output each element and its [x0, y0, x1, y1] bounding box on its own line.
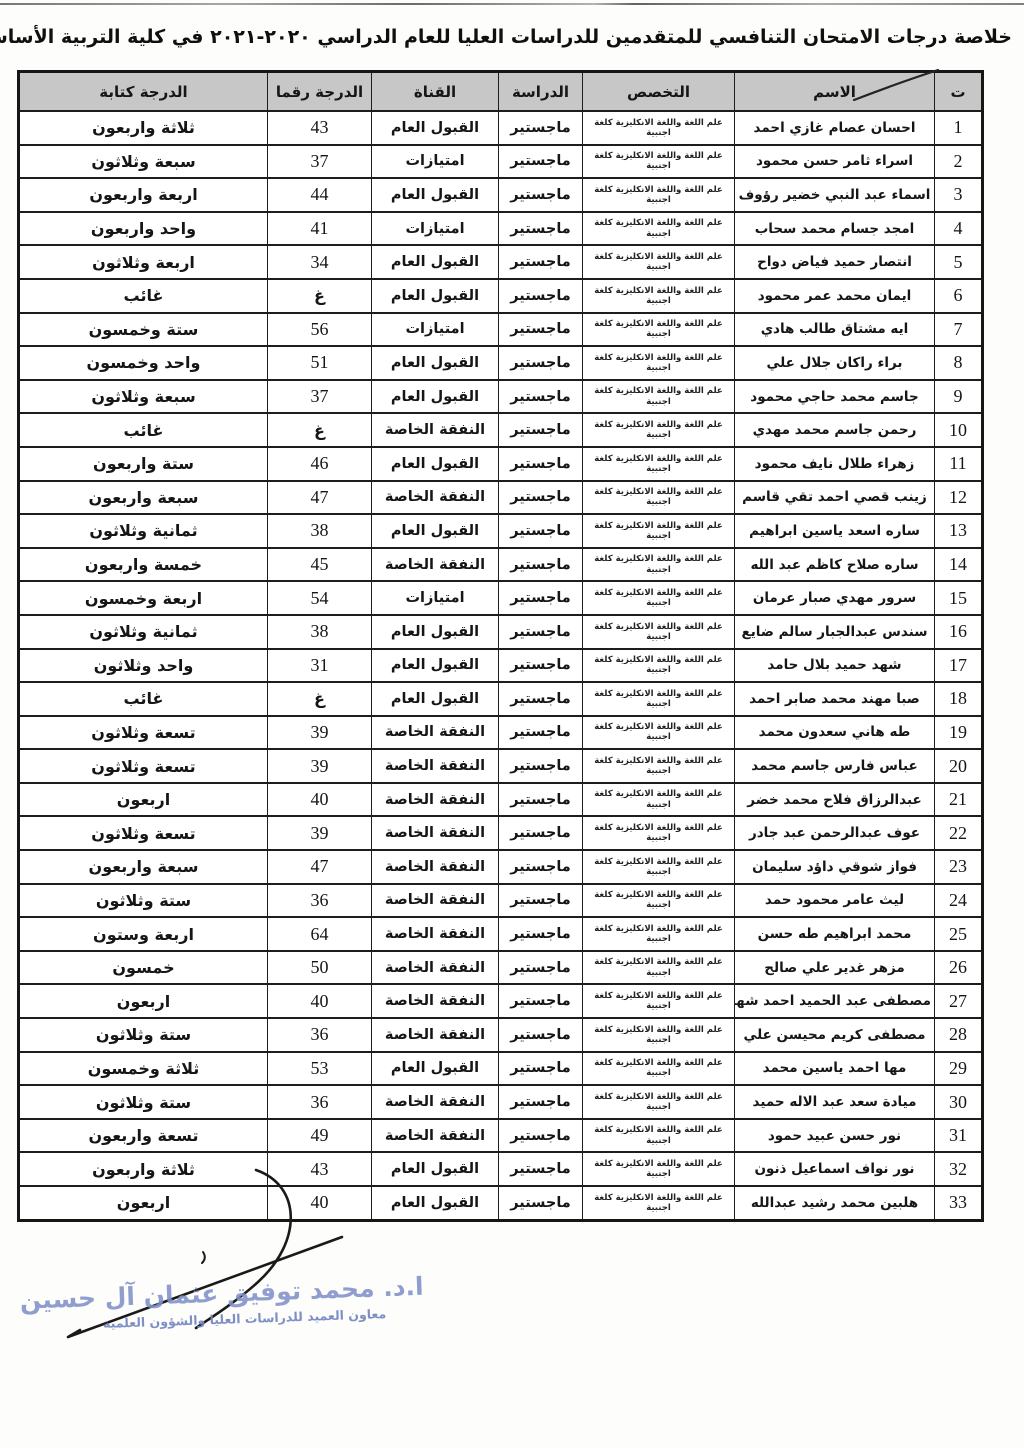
table-row: 2اسراء ثامر حسن محمودعلم اللغة واللغة ال…	[19, 145, 983, 179]
stamp-signatory-title: معاون العميد للدراسات العليا والشؤون الع…	[64, 1305, 424, 1333]
cell-study: ماجستير	[499, 413, 583, 447]
cell-channel: النفقة الخاصة	[372, 917, 499, 951]
table-row: 24ليث عامر محمود حمدعلم اللغة واللغة الا…	[19, 884, 983, 918]
cell-score_num: 64	[268, 917, 372, 951]
cell-spec: علم اللغة واللغة الانكليزية كلغة اجنبية	[583, 178, 735, 212]
cell-score_num: 36	[268, 1085, 372, 1119]
cell-study: ماجستير	[499, 581, 583, 615]
cell-spec: علم اللغة واللغة الانكليزية كلغة اجنبية	[583, 111, 735, 145]
cell-score_num: 36	[268, 884, 372, 918]
cell-name: عباس فارس جاسم محمد	[735, 749, 935, 783]
cell-index: 31	[935, 1119, 983, 1153]
cell-index: 15	[935, 581, 983, 615]
cell-spec: علم اللغة واللغة الانكليزية كلغة اجنبية	[583, 1119, 735, 1153]
cell-study: ماجستير	[499, 615, 583, 649]
cell-study: ماجستير	[499, 1152, 583, 1186]
cell-spec: علم اللغة واللغة الانكليزية كلغة اجنبية	[583, 548, 735, 582]
column-header-name: الاسم	[735, 72, 935, 112]
cell-spec: علم اللغة واللغة الانكليزية كلغة اجنبية	[583, 749, 735, 783]
column-header-spec: التخصص	[583, 72, 735, 112]
table-body: 1احسان عصام غازي احمدعلم اللغة واللغة ال…	[19, 111, 983, 1220]
cell-score_num: 46	[268, 447, 372, 481]
cell-channel: القبول العام	[372, 615, 499, 649]
cell-study: ماجستير	[499, 111, 583, 145]
cell-score_num: 39	[268, 749, 372, 783]
cell-index: 24	[935, 884, 983, 918]
cell-score_num: 31	[268, 649, 372, 683]
cell-channel: النفقة الخاصة	[372, 884, 499, 918]
cell-score_written: اربعة وثلاثون	[19, 245, 268, 279]
cell-spec: علم اللغة واللغة الانكليزية كلغة اجنبية	[583, 1186, 735, 1220]
cell-channel: القبول العام	[372, 682, 499, 716]
cell-channel: النفقة الخاصة	[372, 1119, 499, 1153]
cell-score_num: 38	[268, 514, 372, 548]
cell-name: جاسم محمد حاجي محمود	[735, 380, 935, 414]
cell-channel: القبول العام	[372, 346, 499, 380]
table-row: 18صبا مهند محمد صابر احمدعلم اللغة واللغ…	[19, 682, 983, 716]
cell-study: ماجستير	[499, 178, 583, 212]
results-table: تالاسمالتخصصالدراسةالقناةالدرجة رقماالدر…	[17, 70, 984, 1222]
cell-spec: علم اللغة واللغة الانكليزية كلغة اجنبية	[583, 816, 735, 850]
cell-score_num: 39	[268, 716, 372, 750]
cell-study: ماجستير	[499, 682, 583, 716]
cell-spec: علم اللغة واللغة الانكليزية كلغة اجنبية	[583, 212, 735, 246]
table-row: 21عبدالرزاق فلاح محمد خضرعلم اللغة واللغ…	[19, 783, 983, 817]
table-row: 26مزهر غدير علي صالحعلم اللغة واللغة الا…	[19, 951, 983, 985]
table-row: 9جاسم محمد حاجي محمودعلم اللغة واللغة ال…	[19, 380, 983, 414]
cell-score_written: اربعون	[19, 783, 268, 817]
cell-score_written: ثلاثة وخمسون	[19, 1052, 268, 1086]
cell-channel: النفقة الخاصة	[372, 548, 499, 582]
cell-study: ماجستير	[499, 716, 583, 750]
cell-channel: القبول العام	[372, 178, 499, 212]
cell-name: امجد جسام محمد سحاب	[735, 212, 935, 246]
cell-name: شهد حميد بلال حامد	[735, 649, 935, 683]
cell-channel: امتيازات	[372, 212, 499, 246]
cell-score_written: ستة وخمسون	[19, 313, 268, 347]
cell-channel: النفقة الخاصة	[372, 749, 499, 783]
cell-channel: القبول العام	[372, 279, 499, 313]
table-row: 22عوف عبدالرحمن عبد جادرعلم اللغة واللغة…	[19, 816, 983, 850]
scan-edge-artifact	[0, 3, 1024, 5]
cell-study: ماجستير	[499, 279, 583, 313]
cell-index: 14	[935, 548, 983, 582]
cell-study: ماجستير	[499, 481, 583, 515]
cell-name: ليث عامر محمود حمد	[735, 884, 935, 918]
cell-channel: القبول العام	[372, 245, 499, 279]
cell-score_num: غ	[268, 413, 372, 447]
table-row: 11زهراء طلال نايف محمودعلم اللغة واللغة …	[19, 447, 983, 481]
cell-spec: علم اللغة واللغة الانكليزية كلغة اجنبية	[583, 615, 735, 649]
cell-index: 27	[935, 984, 983, 1018]
cell-name: براء راكان جلال علي	[735, 346, 935, 380]
table-row: 23فواز شوقي داؤد سليمانعلم اللغة واللغة …	[19, 850, 983, 884]
cell-name: ساره صلاح كاظم عبد الله	[735, 548, 935, 582]
cell-channel: القبول العام	[372, 514, 499, 548]
cell-score_written: ثلاثة واربعون	[19, 1152, 268, 1186]
cell-channel: النفقة الخاصة	[372, 850, 499, 884]
cell-index: 28	[935, 1018, 983, 1052]
cell-study: ماجستير	[499, 850, 583, 884]
cell-index: 17	[935, 649, 983, 683]
cell-name: هلبين محمد رشيد عبدالله	[735, 1186, 935, 1220]
cell-study: ماجستير	[499, 1085, 583, 1119]
cell-spec: علم اللغة واللغة الانكليزية كلغة اجنبية	[583, 884, 735, 918]
cell-score_num: 47	[268, 850, 372, 884]
cell-spec: علم اللغة واللغة الانكليزية كلغة اجنبية	[583, 682, 735, 716]
cell-channel: القبول العام	[372, 1186, 499, 1220]
cell-index: 13	[935, 514, 983, 548]
table-row: 5انتصار حميد فياض دواحعلم اللغة واللغة ا…	[19, 245, 983, 279]
table-row: 10رحمن جاسم محمد مهديعلم اللغة واللغة ال…	[19, 413, 983, 447]
cell-name: زهراء طلال نايف محمود	[735, 447, 935, 481]
cell-score_num: 43	[268, 1152, 372, 1186]
table-row: 6ايمان محمد عمر محمودعلم اللغة واللغة ال…	[19, 279, 983, 313]
cell-index: 2	[935, 145, 983, 179]
cell-index: 22	[935, 816, 983, 850]
cell-score_num: 45	[268, 548, 372, 582]
cell-score_num: 43	[268, 111, 372, 145]
cell-name: سندس عبدالجبار سالم ضايع	[735, 615, 935, 649]
cell-score_written: ستة وثلاثون	[19, 884, 268, 918]
cell-index: 30	[935, 1085, 983, 1119]
cell-score_written: خمسة واربعون	[19, 548, 268, 582]
cell-study: ماجستير	[499, 917, 583, 951]
cell-name: ايه مشتاق طالب هادي	[735, 313, 935, 347]
cell-index: 12	[935, 481, 983, 515]
cell-spec: علم اللغة واللغة الانكليزية كلغة اجنبية	[583, 413, 735, 447]
cell-name: نور نواف اسماعيل ذنون	[735, 1152, 935, 1186]
cell-study: ماجستير	[499, 884, 583, 918]
cell-spec: علم اللغة واللغة الانكليزية كلغة اجنبية	[583, 145, 735, 179]
table-row: 16سندس عبدالجبار سالم ضايععلم اللغة والل…	[19, 615, 983, 649]
cell-index: 21	[935, 783, 983, 817]
cell-spec: علم اللغة واللغة الانكليزية كلغة اجنبية	[583, 1018, 735, 1052]
cell-index: 29	[935, 1052, 983, 1086]
cell-study: ماجستير	[499, 380, 583, 414]
cell-index: 9	[935, 380, 983, 414]
cell-score_written: واحد وثلاثون	[19, 649, 268, 683]
column-header-index: ت	[935, 72, 983, 112]
column-header-channel: القناة	[372, 72, 499, 112]
cell-score_num: 37	[268, 380, 372, 414]
cell-index: 33	[935, 1186, 983, 1220]
cell-name: سرور مهدي صبار عرمان	[735, 581, 935, 615]
cell-score_written: خمسون	[19, 951, 268, 985]
cell-spec: علم اللغة واللغة الانكليزية كلغة اجنبية	[583, 581, 735, 615]
cell-index: 7	[935, 313, 983, 347]
cell-channel: النفقة الخاصة	[372, 1018, 499, 1052]
cell-index: 3	[935, 178, 983, 212]
cell-spec: علم اللغة واللغة الانكليزية كلغة اجنبية	[583, 1152, 735, 1186]
table-row: 28مصطفى كريم محيسن عليعلم اللغة واللغة ا…	[19, 1018, 983, 1052]
cell-spec: علم اللغة واللغة الانكليزية كلغة اجنبية	[583, 917, 735, 951]
table-row: 19طه هاني سعدون محمدعلم اللغة واللغة الا…	[19, 716, 983, 750]
cell-score_written: ستة واربعون	[19, 447, 268, 481]
table-header: تالاسمالتخصصالدراسةالقناةالدرجة رقماالدر…	[19, 72, 983, 112]
cell-spec: علم اللغة واللغة الانكليزية كلغة اجنبية	[583, 716, 735, 750]
table-row: 31نور حسن عبيد حمودعلم اللغة واللغة الان…	[19, 1119, 983, 1153]
cell-channel: النفقة الخاصة	[372, 816, 499, 850]
cell-name: ميادة سعد عبد الاله حميد	[735, 1085, 935, 1119]
cell-channel: النفقة الخاصة	[372, 481, 499, 515]
cell-name: ساره اسعد ياسين ابراهيم	[735, 514, 935, 548]
cell-name: طه هاني سعدون محمد	[735, 716, 935, 750]
cell-score_written: غائب	[19, 413, 268, 447]
cell-name: مها احمد ياسين محمد	[735, 1052, 935, 1086]
cell-index: 5	[935, 245, 983, 279]
table-row: 12زينب قصي احمد تقي قاسمعلم اللغة واللغة…	[19, 481, 983, 515]
cell-study: ماجستير	[499, 1018, 583, 1052]
cell-channel: امتيازات	[372, 581, 499, 615]
cell-study: ماجستير	[499, 346, 583, 380]
cell-score_num: غ	[268, 682, 372, 716]
cell-score_written: سبعة واربعون	[19, 850, 268, 884]
cell-channel: امتيازات	[372, 145, 499, 179]
table-row: 29مها احمد ياسين محمدعلم اللغة واللغة ال…	[19, 1052, 983, 1086]
cell-score_num: 50	[268, 951, 372, 985]
cell-channel: النفقة الخاصة	[372, 716, 499, 750]
column-header-score_written: الدرجة كتابة	[19, 72, 268, 112]
column-header-score_num: الدرجة رقما	[268, 72, 372, 112]
table-row: 3اسماء عبد النبي خضير رؤوفعلم اللغة والل…	[19, 178, 983, 212]
cell-index: 11	[935, 447, 983, 481]
cell-name: انتصار حميد فياض دواح	[735, 245, 935, 279]
cell-score_written: اربعون	[19, 1186, 268, 1220]
cell-score_num: 34	[268, 245, 372, 279]
cell-name: رحمن جاسم محمد مهدي	[735, 413, 935, 447]
page-title: خلاصة درجات الامتحان التنافسي للمتقدمين …	[12, 26, 1012, 48]
cell-name: مصطفى عبد الحميد احمد شهاب	[735, 984, 935, 1018]
cell-study: ماجستير	[499, 816, 583, 850]
table-row: 33هلبين محمد رشيد عبداللهعلم اللغة واللغ…	[19, 1186, 983, 1220]
cell-spec: علم اللغة واللغة الانكليزية كلغة اجنبية	[583, 481, 735, 515]
cell-channel: القبول العام	[372, 1052, 499, 1086]
stamp-signatory-name: ا.د. محمد توفيق عثمان آل حسين	[63, 1272, 424, 1314]
cell-spec: علم اللغة واللغة الانكليزية كلغة اجنبية	[583, 783, 735, 817]
cell-score_written: اربعون	[19, 984, 268, 1018]
cell-score_num: 51	[268, 346, 372, 380]
cell-name: زينب قصي احمد تقي قاسم	[735, 481, 935, 515]
cell-name: مصطفى كريم محيسن علي	[735, 1018, 935, 1052]
table-row: 30ميادة سعد عبد الاله حميدعلم اللغة والل…	[19, 1085, 983, 1119]
cell-score_written: تسعة واربعون	[19, 1119, 268, 1153]
cell-channel: القبول العام	[372, 447, 499, 481]
signature-diagonal	[68, 1237, 342, 1337]
cell-study: ماجستير	[499, 447, 583, 481]
cell-score_written: تسعة وثلاثون	[19, 816, 268, 850]
cell-spec: علم اللغة واللغة الانكليزية كلغة اجنبية	[583, 514, 735, 548]
cell-channel: النفقة الخاصة	[372, 783, 499, 817]
cell-name: صبا مهند محمد صابر احمد	[735, 682, 935, 716]
cell-score_num: 38	[268, 615, 372, 649]
cell-channel: امتيازات	[372, 313, 499, 347]
cell-name: محمد ابراهيم طه حسن	[735, 917, 935, 951]
cell-name: نور حسن عبيد حمود	[735, 1119, 935, 1153]
table-row: 14ساره صلاح كاظم عبد اللهعلم اللغة واللغ…	[19, 548, 983, 582]
cell-name: اسراء ثامر حسن محمود	[735, 145, 935, 179]
table-row: 8براء راكان جلال عليعلم اللغة واللغة الا…	[19, 346, 983, 380]
cell-score_written: واحد واربعون	[19, 212, 268, 246]
cell-score_num: 47	[268, 481, 372, 515]
cell-index: 20	[935, 749, 983, 783]
column-header-study: الدراسة	[499, 72, 583, 112]
cell-channel: القبول العام	[372, 111, 499, 145]
cell-score_written: ثمانية وثلاثون	[19, 514, 268, 548]
cell-channel: القبول العام	[372, 1152, 499, 1186]
cell-score_num: 44	[268, 178, 372, 212]
cell-score_num: 53	[268, 1052, 372, 1086]
cell-study: ماجستير	[499, 514, 583, 548]
cell-index: 10	[935, 413, 983, 447]
cell-score_num: غ	[268, 279, 372, 313]
cell-study: ماجستير	[499, 984, 583, 1018]
cell-channel: النفقة الخاصة	[372, 984, 499, 1018]
table-row: 7ايه مشتاق طالب هاديعلم اللغة واللغة الا…	[19, 313, 983, 347]
cell-index: 6	[935, 279, 983, 313]
cell-index: 16	[935, 615, 983, 649]
cell-channel: القبول العام	[372, 380, 499, 414]
cell-channel: النفقة الخاصة	[372, 1085, 499, 1119]
table-row: 20عباس فارس جاسم محمدعلم اللغة واللغة ال…	[19, 749, 983, 783]
cell-study: ماجستير	[499, 749, 583, 783]
cell-score_written: تسعة وثلاثون	[19, 716, 268, 750]
cell-score_written: اربعة وستون	[19, 917, 268, 951]
cell-score_num: 41	[268, 212, 372, 246]
cell-channel: النفقة الخاصة	[372, 951, 499, 985]
cell-name: مزهر غدير علي صالح	[735, 951, 935, 985]
cell-score_written: ستة وثلاثون	[19, 1085, 268, 1119]
cell-index: 4	[935, 212, 983, 246]
cell-name: عوف عبدالرحمن عبد جادر	[735, 816, 935, 850]
cell-name: ايمان محمد عمر محمود	[735, 279, 935, 313]
header-row: تالاسمالتخصصالدراسةالقناةالدرجة رقماالدر…	[19, 72, 983, 112]
table-row: 1احسان عصام غازي احمدعلم اللغة واللغة ال…	[19, 111, 983, 145]
cell-study: ماجستير	[499, 951, 583, 985]
ink-comma-mark	[202, 1252, 205, 1263]
cell-spec: علم اللغة واللغة الانكليزية كلغة اجنبية	[583, 279, 735, 313]
cell-score_written: واحد وخمسون	[19, 346, 268, 380]
cell-study: ماجستير	[499, 145, 583, 179]
cell-score_num: 40	[268, 783, 372, 817]
cell-score_num: 56	[268, 313, 372, 347]
cell-score_num: 39	[268, 816, 372, 850]
cell-score_written: ثلاثة واربعون	[19, 111, 268, 145]
cell-score_written: اربعة وخمسون	[19, 581, 268, 615]
cell-index: 23	[935, 850, 983, 884]
cell-score_num: 36	[268, 1018, 372, 1052]
cell-score_num: 49	[268, 1119, 372, 1153]
cell-spec: علم اللغة واللغة الانكليزية كلغة اجنبية	[583, 1052, 735, 1086]
cell-spec: علم اللغة واللغة الانكليزية كلغة اجنبية	[583, 850, 735, 884]
cell-study: ماجستير	[499, 1119, 583, 1153]
dean-stamp: ا.د. محمد توفيق عثمان آل حسين معاون العم…	[63, 1272, 424, 1333]
cell-study: ماجستير	[499, 548, 583, 582]
cell-score_written: سبعة وثلاثون	[19, 380, 268, 414]
cell-spec: علم اللغة واللغة الانكليزية كلغة اجنبية	[583, 313, 735, 347]
cell-score_written: غائب	[19, 279, 268, 313]
cell-name: فواز شوقي داؤد سليمان	[735, 850, 935, 884]
cell-score_written: اربعة واربعون	[19, 178, 268, 212]
cell-name: عبدالرزاق فلاح محمد خضر	[735, 783, 935, 817]
cell-score_num: 54	[268, 581, 372, 615]
cell-name: اسماء عبد النبي خضير رؤوف	[735, 178, 935, 212]
cell-study: ماجستير	[499, 783, 583, 817]
cell-study: ماجستير	[499, 245, 583, 279]
cell-index: 25	[935, 917, 983, 951]
cell-spec: علم اللغة واللغة الانكليزية كلغة اجنبية	[583, 245, 735, 279]
cell-spec: علم اللغة واللغة الانكليزية كلغة اجنبية	[583, 380, 735, 414]
table-row: 13ساره اسعد ياسين ابراهيمعلم اللغة واللغ…	[19, 514, 983, 548]
cell-index: 8	[935, 346, 983, 380]
cell-score_num: 40	[268, 984, 372, 1018]
cell-study: ماجستير	[499, 649, 583, 683]
cell-score_num: 40	[268, 1186, 372, 1220]
cell-spec: علم اللغة واللغة الانكليزية كلغة اجنبية	[583, 1085, 735, 1119]
cell-score_written: غائب	[19, 682, 268, 716]
cell-score_num: 37	[268, 145, 372, 179]
table-row: 25محمد ابراهيم طه حسنعلم اللغة واللغة ال…	[19, 917, 983, 951]
cell-study: ماجستير	[499, 1052, 583, 1086]
cell-index: 26	[935, 951, 983, 985]
table-row: 15سرور مهدي صبار عرمانعلم اللغة واللغة ا…	[19, 581, 983, 615]
cell-score_written: سبعة واربعون	[19, 481, 268, 515]
cell-channel: القبول العام	[372, 649, 499, 683]
cell-spec: علم اللغة واللغة الانكليزية كلغة اجنبية	[583, 649, 735, 683]
table-row: 17شهد حميد بلال حامدعلم اللغة واللغة الا…	[19, 649, 983, 683]
cell-spec: علم اللغة واللغة الانكليزية كلغة اجنبية	[583, 951, 735, 985]
cell-spec: علم اللغة واللغة الانكليزية كلغة اجنبية	[583, 346, 735, 380]
table-row: 4امجد جسام محمد سحابعلم اللغة واللغة الا…	[19, 212, 983, 246]
cell-spec: علم اللغة واللغة الانكليزية كلغة اجنبية	[583, 984, 735, 1018]
cell-index: 18	[935, 682, 983, 716]
cell-score_written: تسعة وثلاثون	[19, 749, 268, 783]
cell-study: ماجستير	[499, 1186, 583, 1220]
table-row: 32نور نواف اسماعيل ذنونعلم اللغة واللغة …	[19, 1152, 983, 1186]
cell-index: 19	[935, 716, 983, 750]
cell-study: ماجستير	[499, 313, 583, 347]
cell-index: 1	[935, 111, 983, 145]
cell-score_written: ستة وثلاثون	[19, 1018, 268, 1052]
cell-score_written: سبعة وثلاثون	[19, 145, 268, 179]
cell-name: احسان عصام غازي احمد	[735, 111, 935, 145]
cell-spec: علم اللغة واللغة الانكليزية كلغة اجنبية	[583, 447, 735, 481]
table-row: 27مصطفى عبد الحميد احمد شهابعلم اللغة وا…	[19, 984, 983, 1018]
cell-index: 32	[935, 1152, 983, 1186]
cell-channel: النفقة الخاصة	[372, 413, 499, 447]
cell-score_written: ثمانية وثلاثون	[19, 615, 268, 649]
cell-study: ماجستير	[499, 212, 583, 246]
